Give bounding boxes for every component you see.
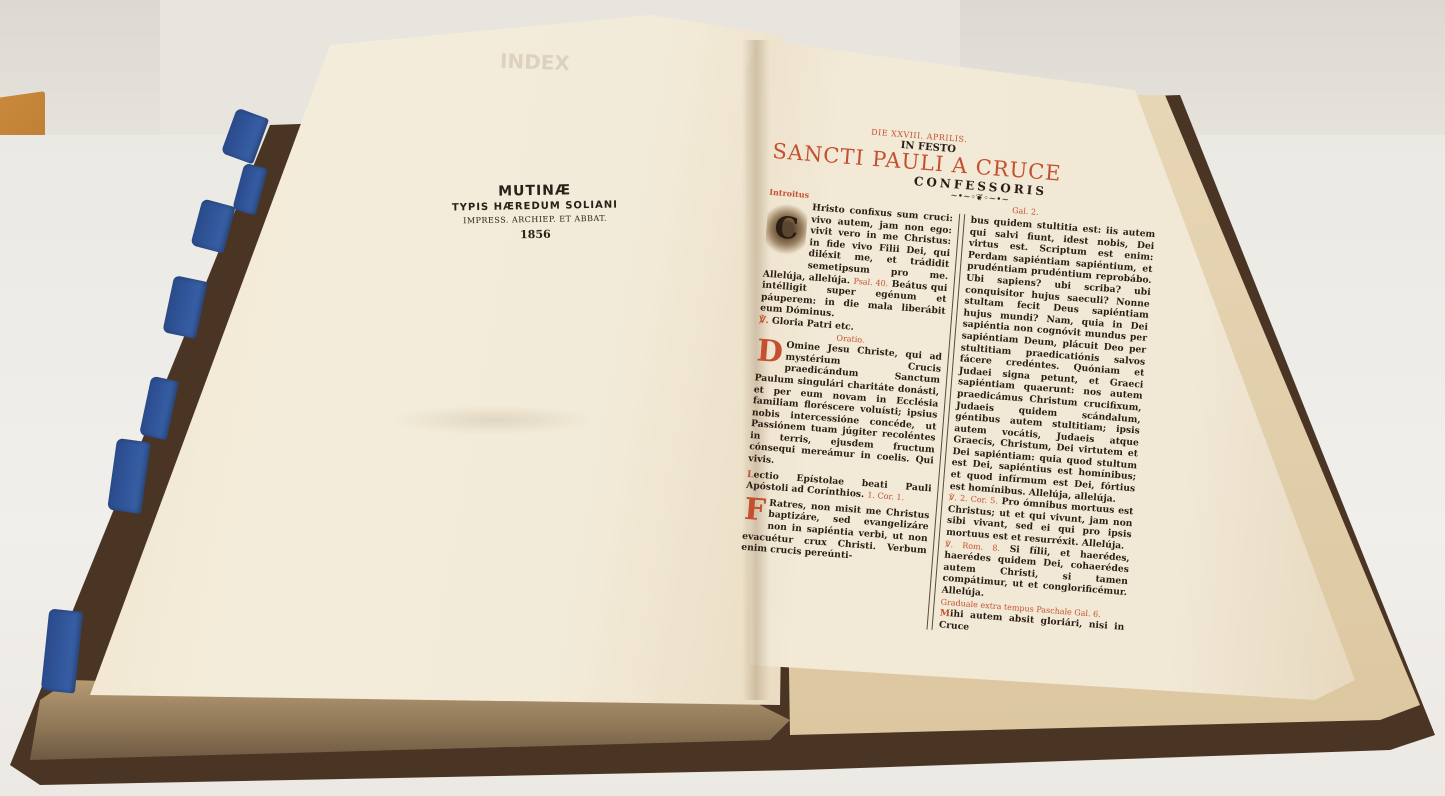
lectio-ref: 1. Cor. 1. [867, 491, 904, 503]
epistle-initial: F [743, 496, 766, 526]
introitus-ref: Gal. 2. [1012, 206, 1039, 218]
epistle-continued: bus quidem stultitia est: iis autem qui … [949, 215, 1155, 498]
verse2-text: Si fílii, et haerédes, haerédes quidem D… [941, 543, 1130, 598]
showthrough-heading: INDEX [500, 49, 571, 75]
oratio-initial: D [756, 337, 784, 367]
right-page-text: DIE XXVIII. APRILIS. IN FESTO SANCTI PAU… [736, 120, 1234, 651]
versicle-icon: ℣. [759, 314, 769, 326]
illuminated-initial-icon: C [764, 199, 808, 260]
imprint-block: MUTINÆ TYPIS HÆREDUM SOLIANI IMPRESS. AR… [420, 181, 651, 243]
right-text-column: bus quidem stultitia est: iis autem qui … [938, 215, 1155, 646]
psalm-ref: Psal. 40. [853, 276, 888, 288]
imprint-titles: IMPRESS. ARCHIEP. ET ABBAT. [420, 213, 650, 226]
left-text-column: C Hristo confixus sum cruci: vivo autem,… [736, 199, 953, 630]
showthrough-ornament [390, 405, 600, 435]
imprint-printer: TYPIS HÆREDUM SOLIANI [420, 199, 650, 214]
introitus-label: Introitus [769, 187, 810, 200]
imprint-city: MUTINÆ [420, 181, 650, 201]
epistle-text: Ratres, non misit me Christus baptizáre,… [741, 498, 930, 562]
